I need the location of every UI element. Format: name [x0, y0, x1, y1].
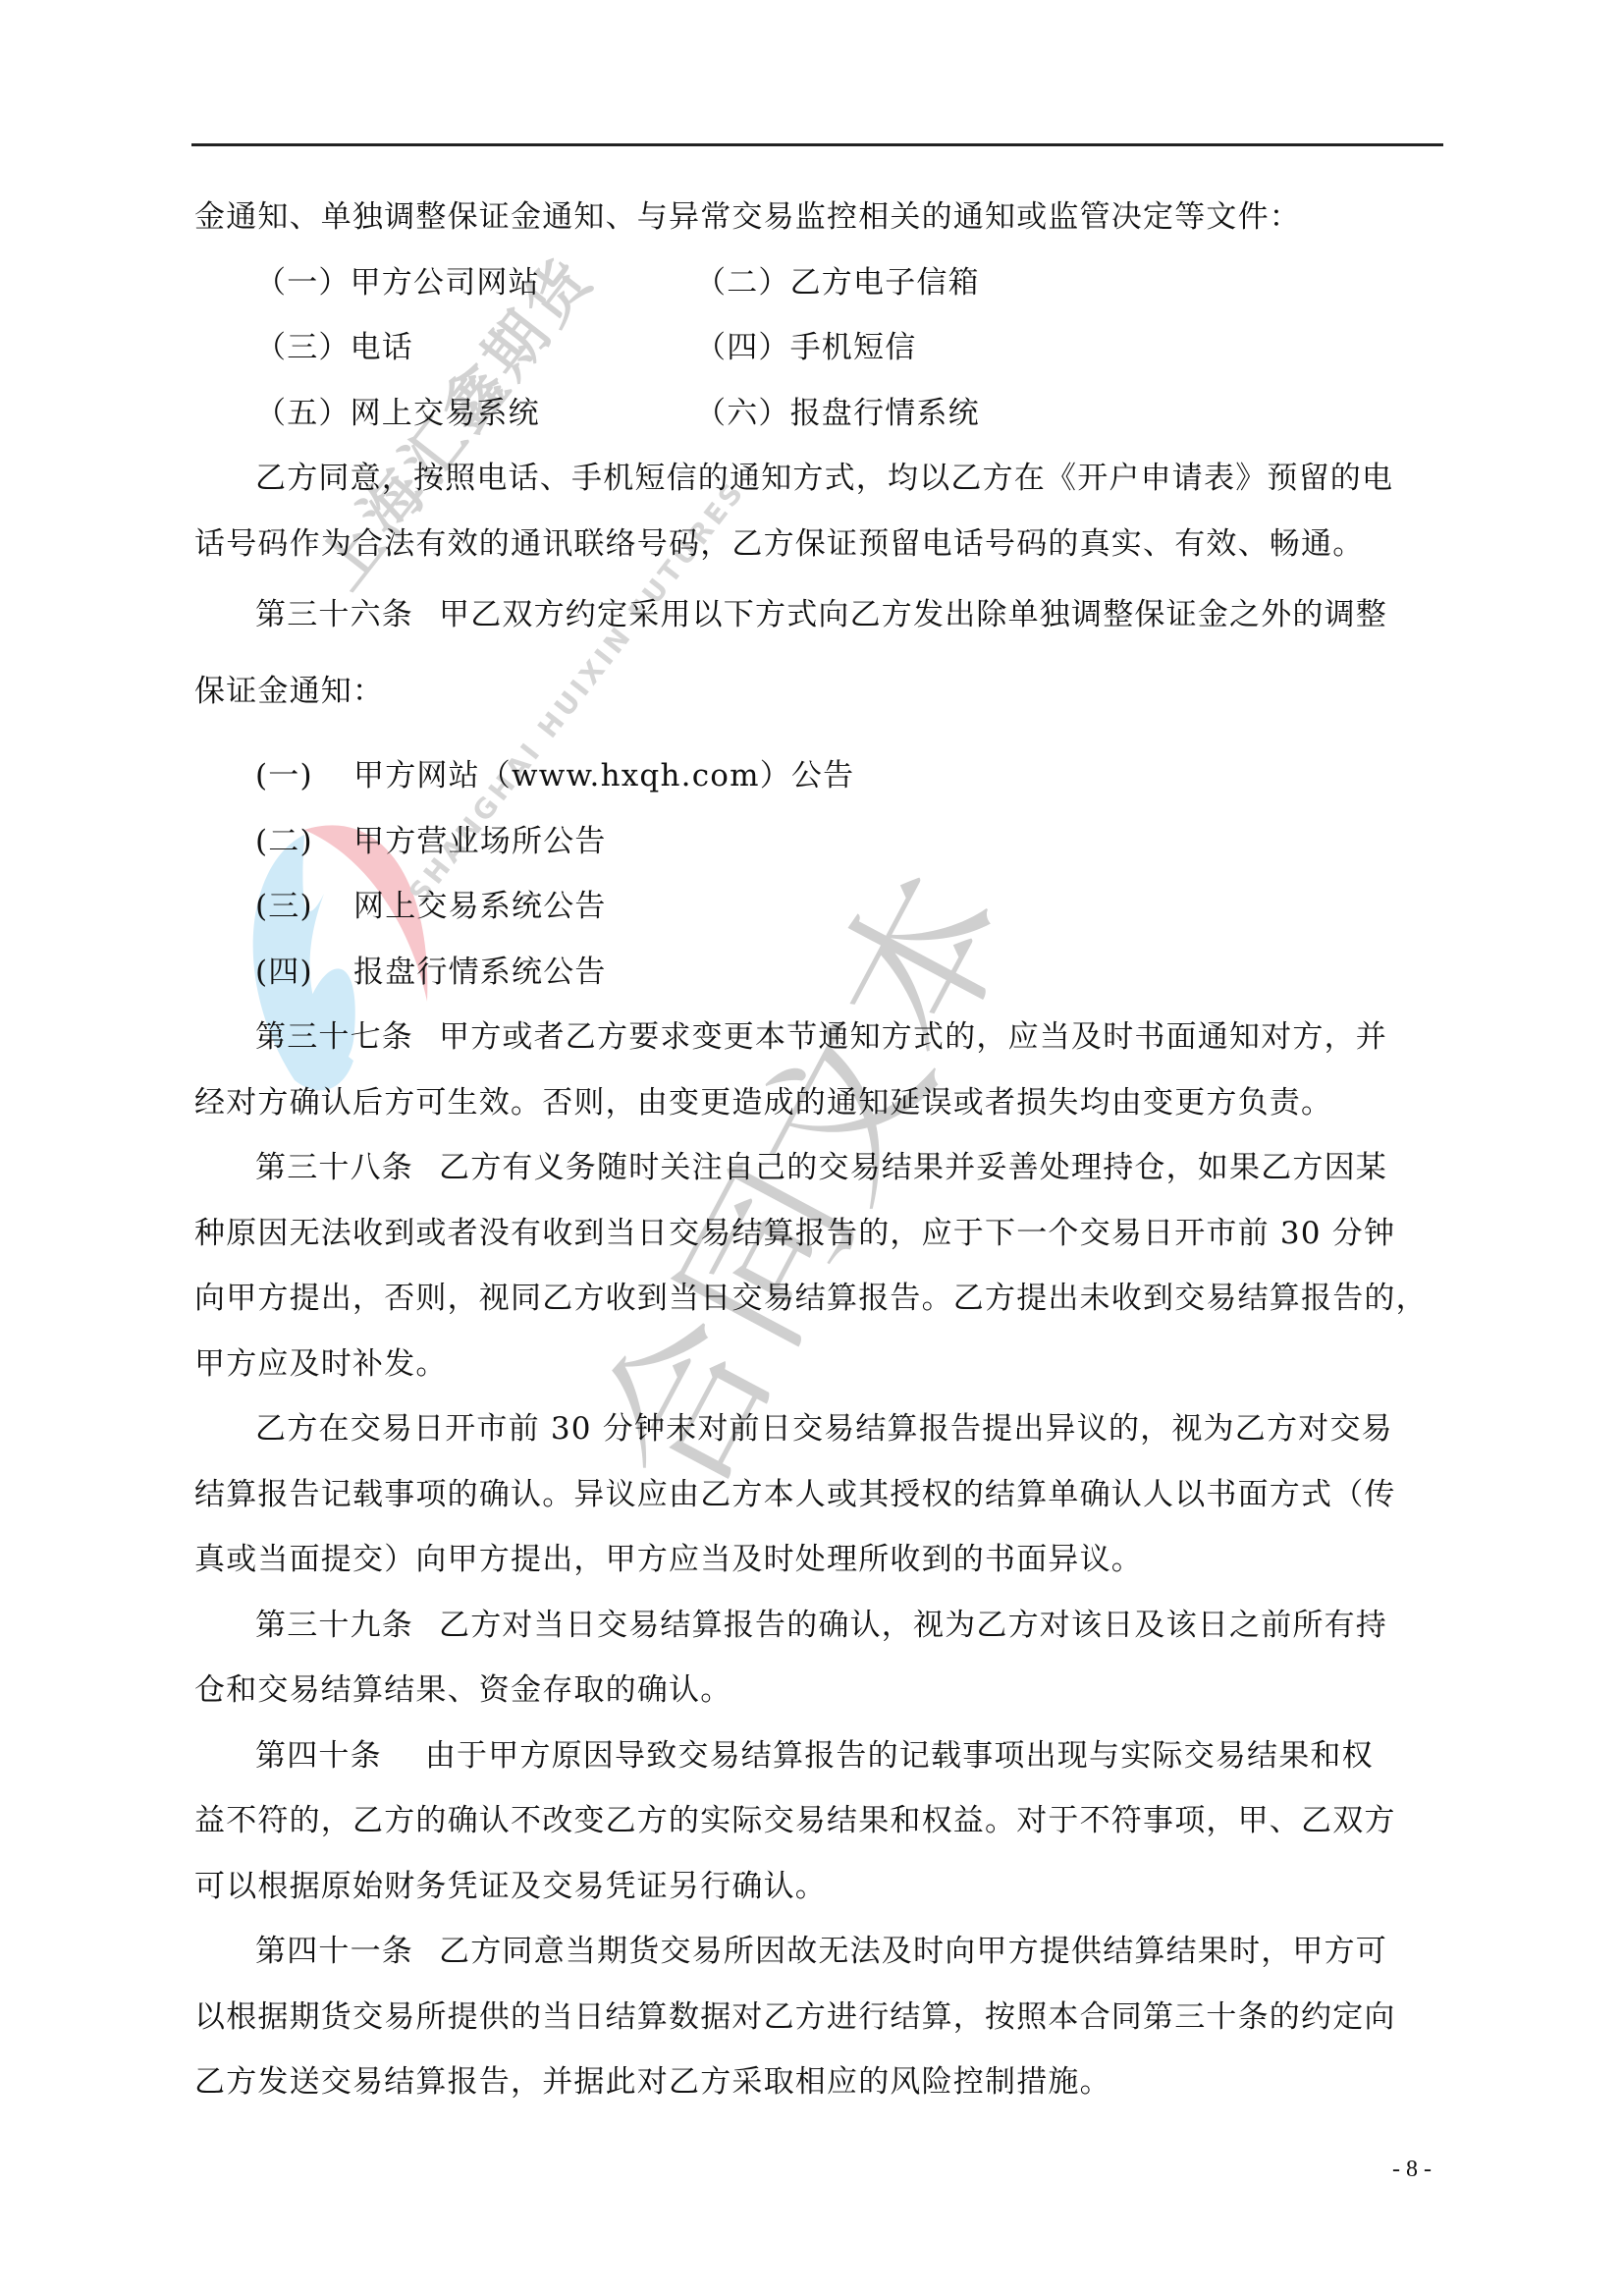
article-37: 第三十七条甲方或者乙方要求变更本节通知方式的，应当及时书面通知对方，并 经对方确…: [194, 1005, 1443, 1135]
article-title: 第三十九条: [255, 1608, 413, 1643]
article-title: 第三十七条: [255, 1019, 413, 1055]
list-item: (一)甲方网站（www.hxqh.com）公告: [194, 743, 1443, 809]
notification-channels: （一）甲方公司网站（二）乙方电子信箱 （三）电话（四）手机短信 （五）网上交易系…: [194, 250, 1443, 447]
article-36: 第三十六条甲乙双方约定采用以下方式向乙方发出除单独调整保证金之外的调整 保证金通…: [194, 576, 1443, 730]
article-38: 第三十八条乙方有义务随时关注自己的交易结果并妥善处理持仓，如果乙方因某 种原因无…: [194, 1135, 1443, 1396]
list-item: (二)甲方营业场所公告: [194, 809, 1443, 875]
article-title: 第四十条: [255, 1738, 382, 1774]
list-item: (三)网上交易系统公告: [194, 874, 1443, 940]
article-41: 第四十一条乙方同意当期货交易所因故无法及时向甲方提供结算结果时，甲方可 以根据期…: [194, 1919, 1443, 2115]
header-rule: [191, 143, 1443, 146]
objection-paragraph: 乙方在交易日开市前 30 分钟未对前日交易结算报告提出异议的，视为乙方对交易 结…: [194, 1396, 1443, 1593]
article-title: 第四十一条: [255, 1934, 413, 1969]
page-number: - 8 -: [1392, 2157, 1432, 2183]
article-title: 第三十八条: [255, 1150, 413, 1185]
phone-paragraph: 乙方同意，按照电话、手机短信的通知方式，均以乙方在《开户申请表》预留的电 话号码…: [194, 446, 1443, 576]
article-title: 第三十六条: [255, 597, 413, 632]
document-body: 金通知、单独调整保证金通知、与异常交易监控相关的通知或监管决定等文件： （一）甲…: [194, 185, 1443, 2115]
article-40: 第四十条由于甲方原因导致交易结算报告的记载事项出现与实际交易结果和权 益不符的，…: [194, 1723, 1443, 1920]
intro-line: 金通知、单独调整保证金通知、与异常交易监控相关的通知或监管决定等文件：: [194, 185, 1443, 250]
list-item: (四)报盘行情系统公告: [194, 940, 1443, 1006]
channel-row: （五）网上交易系统（六）报盘行情系统: [194, 381, 1443, 447]
article-39: 第三十九条乙方对当日交易结算报告的确认，视为乙方对该日及该日之前所有持 仓和交易…: [194, 1593, 1443, 1723]
channel-row: （一）甲方公司网站（二）乙方电子信箱: [194, 250, 1443, 316]
article-36-items: (一)甲方网站（www.hxqh.com）公告 (二)甲方营业场所公告 (三)网…: [194, 743, 1443, 1005]
channel-row: （三）电话（四）手机短信: [194, 315, 1443, 381]
